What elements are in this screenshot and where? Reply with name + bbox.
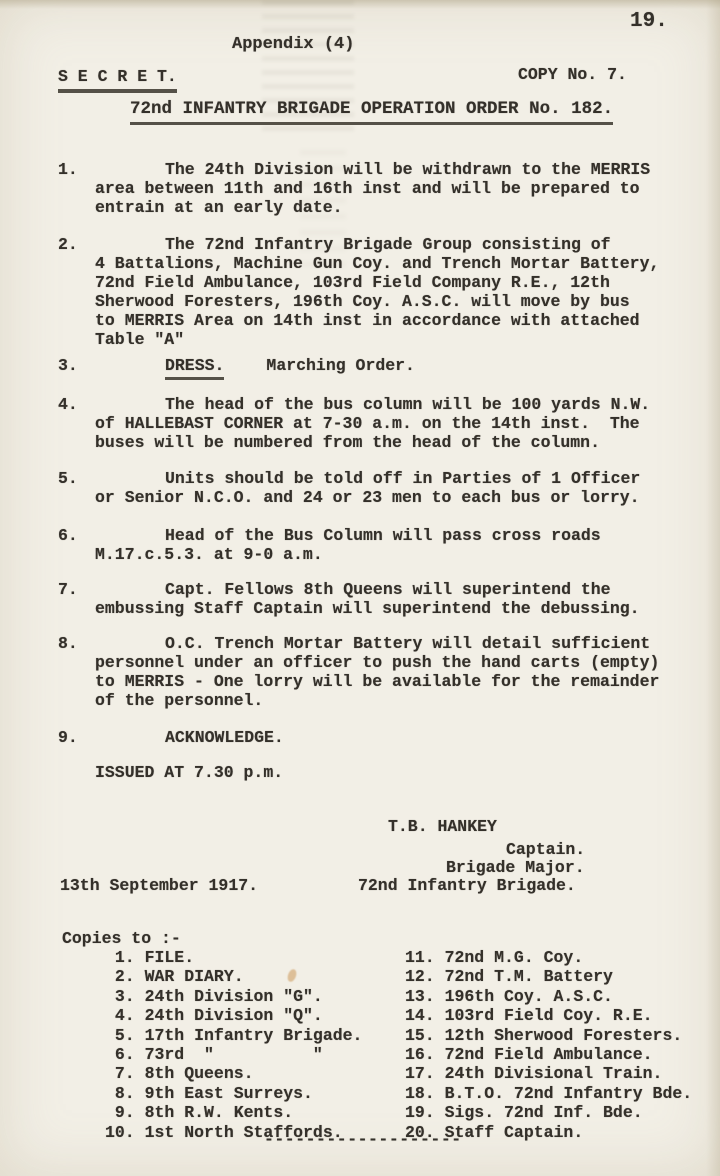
para-2-text: The 72nd Infantry Brigade Group consisti… <box>95 235 659 349</box>
copies-right-column: 11. 72nd M.G. Coy. 12. 72nd T.M. Battery… <box>405 948 692 1142</box>
signature-name: T.B. HANKEY <box>388 817 497 836</box>
para-3-number: 3. <box>58 356 78 375</box>
order-title: 72nd INFANTRY BRIGADE OPERATION ORDER No… <box>130 100 613 125</box>
paper-edge-shading <box>0 0 720 9</box>
end-rule: ------------------- <box>264 1130 462 1149</box>
issued-line: ISSUED AT 7.30 p.m. <box>95 763 283 782</box>
signature-role: Brigade Major. <box>446 858 585 877</box>
dress-keyword: DRESS. <box>165 356 224 380</box>
para-5-text: Units should be told off in Parties of 1… <box>95 469 640 507</box>
para-9-text: ACKNOWLEDGE. <box>95 728 284 747</box>
para-6-text: Head of the Bus Column will pass cross r… <box>95 526 601 564</box>
dress-value: Marching Order. <box>266 356 415 375</box>
copy-number: COPY No. 7. <box>518 65 627 84</box>
para-5-number: 5. <box>58 469 78 488</box>
para-1-number: 1. <box>58 160 78 179</box>
signature-unit: 72nd Infantry Brigade. <box>358 876 576 895</box>
paper-edge-shading <box>706 0 720 1176</box>
para-6-number: 6. <box>58 526 78 545</box>
signature-rank: Captain. <box>506 840 585 859</box>
para-7-text: Capt. Fellows 8th Queens will superinten… <box>95 580 640 618</box>
para-4-number: 4. <box>58 395 78 414</box>
para-1-text: The 24th Division will be withdrawn to t… <box>95 160 650 217</box>
para-8-number: 8. <box>58 634 78 653</box>
page-number: 19. <box>630 12 668 31</box>
copies-left-column: 1. FILE. 2. WAR DIARY. 3. 24th Division … <box>105 948 362 1142</box>
document-page: 19. Appendix (4) S E C R E T. COPY No. 7… <box>0 0 720 1176</box>
para-7-number: 7. <box>58 580 78 599</box>
para-4-text: The head of the bus column will be 100 y… <box>95 395 650 452</box>
signature-date: 13th September 1917. <box>60 876 258 895</box>
copies-heading: Copies to :- <box>62 929 181 948</box>
para-9-number: 9. <box>58 728 78 747</box>
appendix-heading: Appendix (4) <box>232 35 354 54</box>
classification-secret: S E C R E T. <box>58 67 177 93</box>
para-8-text: O.C. Trench Mortar Battery will detail s… <box>95 634 659 710</box>
para-3-text: DRESS.Marching Order. <box>95 356 415 375</box>
para-2-number: 2. <box>58 235 78 254</box>
